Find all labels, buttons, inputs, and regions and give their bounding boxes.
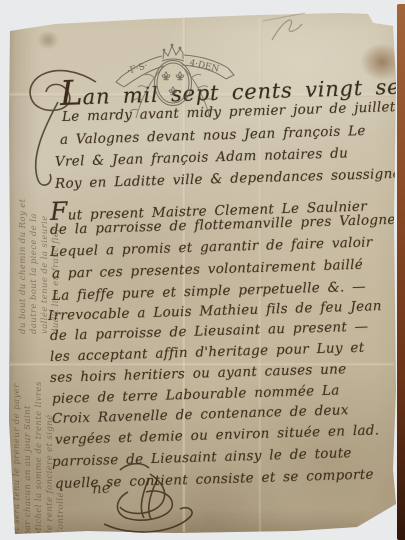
manuscript-paper: Lan mil sept cents vingt sept —— Le mard… [0,0,405,540]
manuscript-line: Vrel & Jean françois Adam notaires du [55,145,349,170]
manuscript-line: vergées et demie ou environ située en la… [55,422,380,448]
book-edge-strip [397,4,405,540]
margin-annotation-lower: et sera tenu le preneur de payer par cha… [12,381,67,536]
manuscript-line: a Valognes devant nous Jean françois Le [60,123,366,148]
manuscript-line: Lequel a promis et garantir de faire val… [50,234,373,260]
manuscript-line: parroisse de Lieusaint ainsy le de toute [52,445,352,470]
manuscript-line: a par ces presentes volontairement baill… [52,257,363,282]
margin-annotation-upper: du bout du chemin du Roy et dautre bout … [18,199,62,335]
manuscript-line: Croix Ravenelle de contenance de deux [52,402,349,427]
word-before-paraph: ne [91,478,111,497]
scan-background: Lan mil sept cents vingt sept —— Le mard… [0,0,405,540]
